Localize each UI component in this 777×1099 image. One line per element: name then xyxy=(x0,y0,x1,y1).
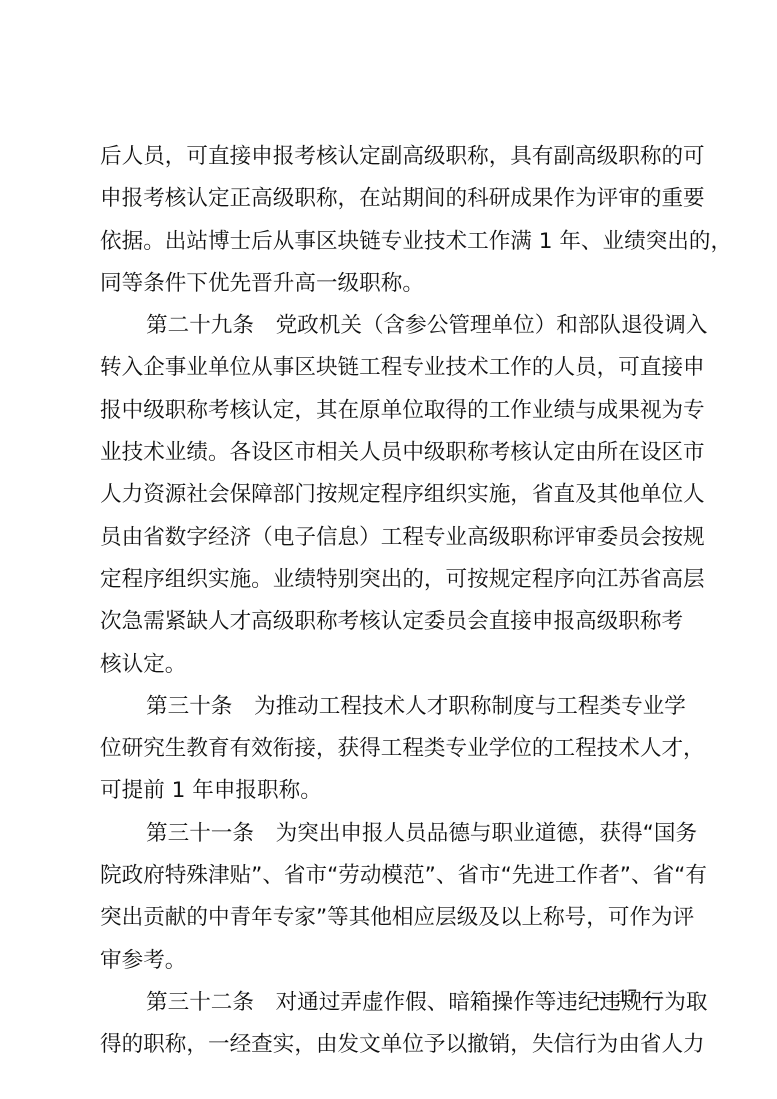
text-line: 后人员，可直接申报考核认定副高级职称，具有副高级职称的可 xyxy=(100,136,682,178)
text-line: 核认定。 xyxy=(100,644,682,686)
text-line: 得的职称，一经查实，由发文单位予以撤销，失信行为由省人力 xyxy=(100,1024,682,1066)
document-body: 后人员，可直接申报考核认定副高级职称，具有副高级职称的可 申报考核认定正高级职称… xyxy=(100,136,682,1067)
text-line: 人力资源社会保障部门按规定程序组织实施，省直及其他单位人 xyxy=(100,474,682,516)
text-line: 位研究生教育有效衔接，获得工程类专业学位的工程技术人才， xyxy=(100,728,682,770)
page-number: — 17 — xyxy=(594,986,661,1008)
article-31-heading-line: 第三十一条 为突出申报人员品德与职业道德，获得“国务 xyxy=(100,813,682,855)
text-line: 次急需紧缺人才高级职称考核认定委员会直接申报高级职称考 xyxy=(100,601,682,643)
text-line: 突出贡献的中青年专家”等其他相应层级及以上称号，可作为评 xyxy=(100,897,682,939)
text-line: 审参考。 xyxy=(100,940,682,982)
text-line: 转入企事业单位从事区块链工程专业技术工作的人员，可直接申 xyxy=(100,347,682,389)
text-line: 依据。出站博士后从事区块链专业技术工作满 1 年、业绩突出的， xyxy=(100,221,682,263)
text-line: 院政府特殊津贴”、省市“劳动模范”、省市“先进工作者”、省“有 xyxy=(100,855,682,897)
text-line: 定程序组织实施。业绩特别突出的，可按规定程序向江苏省高层 xyxy=(100,559,682,601)
text-line: 员由省数字经济（电子信息）工程专业高级职称评审委员会按规 xyxy=(100,517,682,559)
article-30-heading-line: 第三十条 为推动工程技术人才职称制度与工程类专业学 xyxy=(100,686,682,728)
article-29-heading-line: 第二十九条 党政机关（含参公管理单位）和部队退役调入 xyxy=(100,305,682,347)
text-line: 可提前 1 年申报职称。 xyxy=(100,770,682,812)
text-line: 申报考核认定正高级职称，在站期间的科研成果作为评审的重要 xyxy=(100,178,682,220)
text-line: 报中级职称考核认定，其在原单位取得的工作业绩与成果视为专 xyxy=(100,390,682,432)
text-line: 业技术业绩。各设区市相关人员中级职称考核认定由所在设区市 xyxy=(100,432,682,474)
text-line: 同等条件下优先晋升高一级职称。 xyxy=(100,263,682,305)
